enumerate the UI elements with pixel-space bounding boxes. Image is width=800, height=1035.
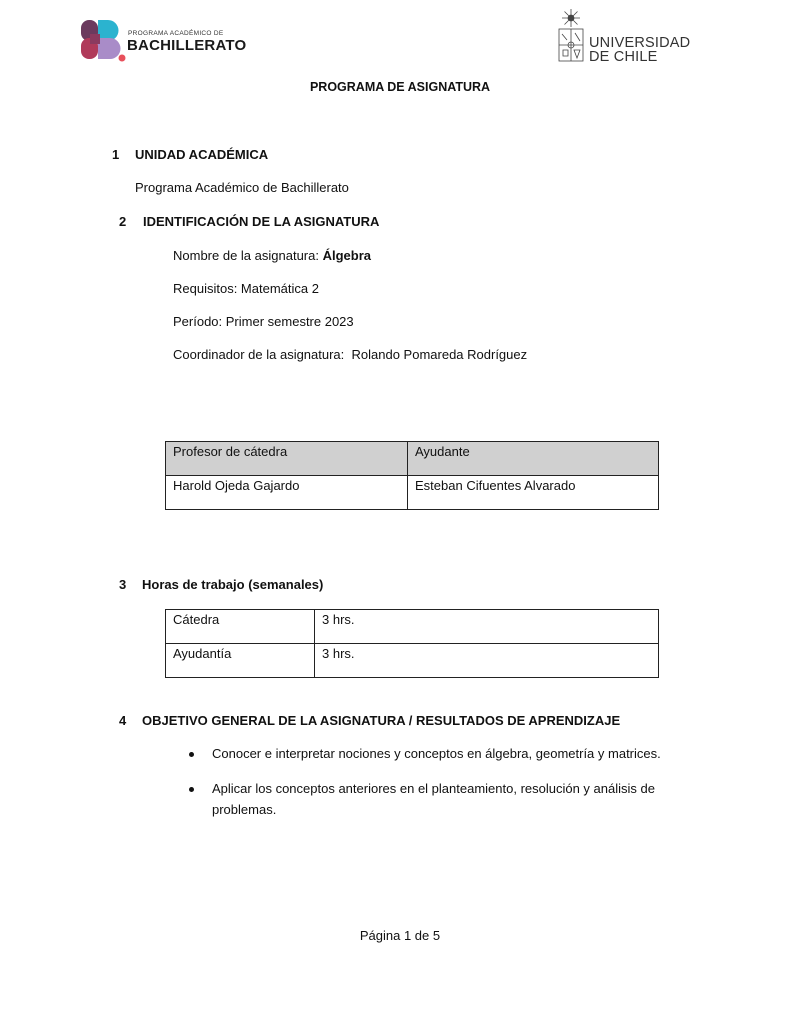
section-2-title: IDENTIFICACIÓN DE LA ASIGNATURA xyxy=(143,214,379,229)
bachillerato-logo: PROGRAMA ACADÉMICO DE BACHILLERATO xyxy=(80,20,245,62)
bullet-icon xyxy=(189,787,194,792)
cell-professor: Harold Ojeda Gajardo xyxy=(166,476,408,510)
logo-line2: DE CHILE xyxy=(589,49,657,65)
section-1-number: 1 xyxy=(112,147,119,162)
staff-table: Profesor de cátedra Ayudante Harold Ojed… xyxy=(165,441,659,510)
cell-hours: 3 hrs. xyxy=(315,610,659,644)
universidad-de-chile-logo: UNIVERSIDAD DE CHILE xyxy=(557,8,697,64)
logo-big-text: BACHILLERATO xyxy=(127,37,246,54)
field-requirements: Requisitos: Matemática 2 xyxy=(173,281,319,296)
section-3-title: Horas de trabajo (semanales) xyxy=(142,577,323,592)
objective-item: Aplicar los conceptos anteriores en el p… xyxy=(212,781,655,796)
section-2-number: 2 xyxy=(119,214,126,229)
table-row: Cátedra 3 hrs. xyxy=(166,610,659,644)
bachillerato-b-logo-icon xyxy=(80,20,128,62)
field-period: Período: Primer semestre 2023 xyxy=(173,314,354,329)
section-4-number: 4 xyxy=(119,713,126,728)
table-row: Harold Ojeda Gajardo Esteban Cifuentes A… xyxy=(166,476,659,510)
section-1-title: UNIDAD ACADÉMICA xyxy=(135,147,268,162)
field-value: Primer semestre 2023 xyxy=(226,314,354,329)
page-number: Página 1 de 5 xyxy=(0,928,800,943)
header-cell-professor: Profesor de cátedra xyxy=(166,442,408,476)
objective-item: Conocer e interpretar nociones y concept… xyxy=(212,746,661,761)
objective-item-continuation: problemas. xyxy=(212,802,276,817)
cell-hours: 3 hrs. xyxy=(315,644,659,678)
field-label: Nombre de la asignatura: xyxy=(173,248,323,263)
cell-activity: Cátedra xyxy=(166,610,315,644)
field-label: Coordinador de la asignatura: xyxy=(173,347,352,362)
cell-assistant: Esteban Cifuentes Alvarado xyxy=(408,476,659,510)
section-4-title: OBJETIVO GENERAL DE LA ASIGNATURA / RESU… xyxy=(142,713,620,728)
field-label: Requisitos: xyxy=(173,281,241,296)
hours-table: Cátedra 3 hrs. Ayudantía 3 hrs. xyxy=(165,609,659,678)
field-value: Rolando Pomareda Rodríguez xyxy=(352,347,528,362)
field-course-name: Nombre de la asignatura: Álgebra xyxy=(173,248,371,263)
logo-small-text: PROGRAMA ACADÉMICO DE xyxy=(128,30,224,37)
bullet-icon xyxy=(189,752,194,757)
cell-activity: Ayudantía xyxy=(166,644,315,678)
header-cell-assistant: Ayudante xyxy=(408,442,659,476)
staff-table-header-row: Profesor de cátedra Ayudante xyxy=(166,442,659,476)
table-row: Ayudantía 3 hrs. xyxy=(166,644,659,678)
field-value: Matemática 2 xyxy=(241,281,319,296)
field-coordinator: Coordinador de la asignatura: Rolando Po… xyxy=(173,347,527,362)
section-3-number: 3 xyxy=(119,577,126,592)
academic-unit-text: Programa Académico de Bachillerato xyxy=(135,180,349,195)
field-label: Período: xyxy=(173,314,226,329)
field-value: Álgebra xyxy=(323,248,371,263)
document-title: PROGRAMA DE ASIGNATURA xyxy=(0,80,800,94)
universidad-de-chile-crest-icon xyxy=(557,8,585,62)
